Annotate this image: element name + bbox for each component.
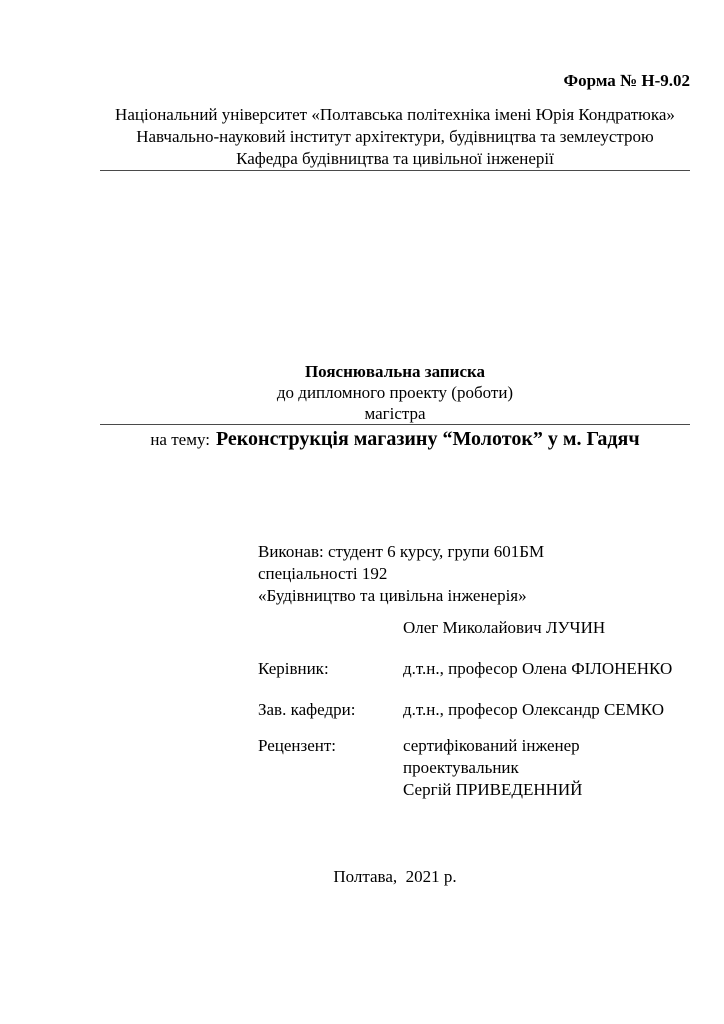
role-label-reviewer: Рецензент:: [258, 735, 403, 801]
title-page: Форма № Н-9.02 Національний університет …: [0, 0, 724, 1024]
executor-line-student: Виконав: студент 6 курсу, групи 601БМ: [258, 541, 544, 563]
document-title-block: Пояснювальна записка до дипломного проек…: [100, 361, 690, 425]
role-label-head-of-department: Зав. кафедри:: [258, 699, 403, 721]
topic-line: на тему:Реконструкція магазину “Молоток”…: [100, 426, 690, 453]
topic-title: Реконструкція магазину “Молоток” у м. Га…: [216, 428, 640, 450]
role-value-reviewer: сертифікований інженер проектувальник Се…: [403, 735, 582, 801]
form-number: Форма № Н-9.02: [564, 71, 690, 91]
role-value-head-of-department: д.т.н., професор Олександр СЕМКО: [403, 699, 664, 721]
role-row-head-of-department: Зав. кафедри: д.т.н., професор Олександр…: [258, 699, 664, 721]
footer-city-year: Полтава, 2021 р.: [100, 866, 690, 888]
role-row-supervisor: Керівник: д.т.н., професор Олена ФІЛОНЕН…: [258, 658, 672, 680]
university-name: Національний університет «Полтавська пол…: [100, 104, 690, 126]
role-row-reviewer: Рецензент: сертифікований інженер проект…: [258, 735, 582, 801]
institute-name: Навчально-науковий інститут архітектури,…: [100, 126, 690, 148]
executor-line-specialty: спеціальності 192: [258, 563, 544, 585]
department-name: Кафедра будівництва та цивільної інженер…: [100, 148, 690, 170]
role-label-supervisor: Керівник:: [258, 658, 403, 680]
document-subtitle: до дипломного проекту (роботи): [100, 382, 690, 403]
document-title: Пояснювальна записка: [100, 361, 690, 382]
executor-line-specialty-name: «Будівництво та цивільна інженерія»: [258, 585, 544, 607]
degree-level: магістра: [100, 403, 690, 424]
student-name: Олег Миколайович ЛУЧИН: [403, 617, 605, 639]
executor-block: Виконав: студент 6 курсу, групи 601БМ сп…: [258, 541, 544, 607]
university-header: Національний університет «Полтавська пол…: [100, 104, 690, 171]
role-value-supervisor: д.т.н., професор Олена ФІЛОНЕНКО: [403, 658, 672, 680]
topic-prefix: на тему:: [150, 430, 216, 449]
